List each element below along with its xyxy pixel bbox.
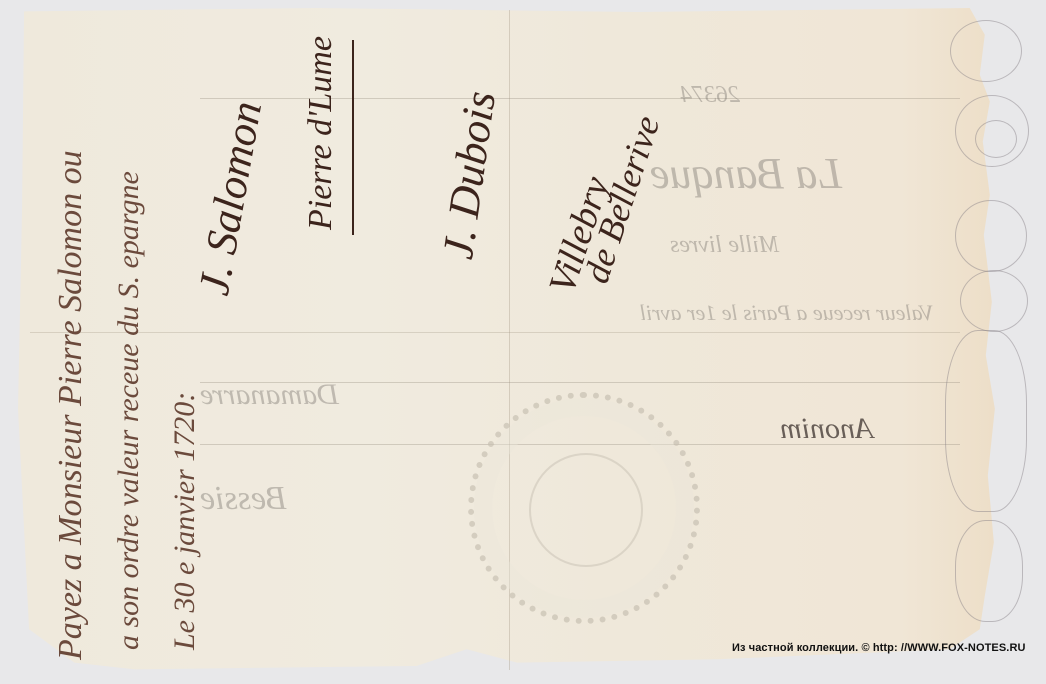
scroll-ornament xyxy=(945,330,1027,512)
seal-crest xyxy=(529,453,643,567)
scroll-ornament xyxy=(950,20,1022,82)
endorsement-line-3: Le 30 e janvier 1720: xyxy=(168,392,202,650)
bleed-signer-mid: Damanarre xyxy=(200,378,339,412)
endorsement-line-2: a son ordre valeur receue du S. epargne xyxy=(112,171,146,650)
endorsement-line-1: Payez a Monsieur Pierre Salomon ou xyxy=(52,150,90,660)
scroll-ornament xyxy=(955,520,1023,622)
underline-stroke xyxy=(352,40,354,235)
bleed-title: La Banque xyxy=(650,148,842,199)
fold-line-horizontal xyxy=(30,332,960,333)
bleed-line-b: Valeur receue a Paris le 1er avril xyxy=(640,300,934,326)
bleed-signer-low: Bessie xyxy=(200,480,287,518)
signature-1: Pierre d'Lume xyxy=(302,36,340,230)
bleed-line-a: Mille livres xyxy=(670,232,779,259)
bleed-serial: 26374 xyxy=(680,82,740,109)
bleed-signer-right: Anonim xyxy=(780,412,873,446)
scroll-ornament xyxy=(975,120,1017,158)
scroll-ornament xyxy=(955,200,1027,272)
embossed-seal xyxy=(468,392,700,624)
collection-watermark: Из частной коллекции. © http: //WWW.FOX-… xyxy=(732,642,1026,654)
scroll-ornament xyxy=(960,270,1028,332)
